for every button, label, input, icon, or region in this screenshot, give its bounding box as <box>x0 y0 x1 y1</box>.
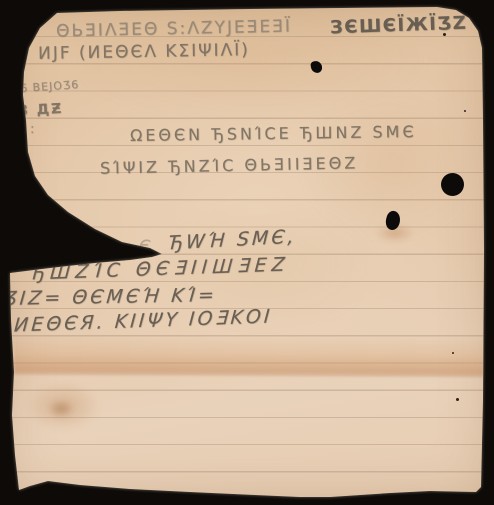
torn-note-paper: ΘЬƎΙΛƎΕΘ Ѕ:ΛΖΥЈΕƎΕƎЇ ЗЄШЄЇЖЇƷΖ ИЈF (ИΕΘЄ… <box>0 0 494 505</box>
stain-band-crease <box>14 335 484 377</box>
speck-right-lower1 <box>452 352 454 354</box>
speck-top-right <box>443 33 446 36</box>
handwritten-margin-note2: 8 ДƵ <box>18 101 64 119</box>
paper-shadow-wrap: ΘЬƎΙΛƎΕΘ Ѕ:ΛΖΥЈΕƎΕƎЇ ЗЄШЄЇЖЇƷΖ ИЈF (ИΕΘЄ… <box>0 0 494 505</box>
handwritten-paragraph1-line1: ΩΕΘЄΝ ЂЅΝΊCΕ ЂШΝΖ ЅΜЄ <box>130 122 417 145</box>
photograph-of-note: ΘЬƎΙΛƎΕΘ Ѕ:ΛΖΥЈΕƎΕƎЇ ЗЄШЄЇЖЇƷΖ ИЈF (ИΕΘЄ… <box>0 0 494 505</box>
speck-right-lower2 <box>456 398 459 401</box>
handwritten-paragraph2-line3: ƷΙΖ= ΘЄΜЄΉ ΚΊ= <box>3 284 218 310</box>
handwritten-paragraph2-torn-char: Є <box>139 236 150 255</box>
handwritten-margin-colon: : <box>30 122 34 137</box>
punched-hole <box>441 173 464 196</box>
handwritten-header-line2: ИЈF (ИΕΘЄΛ ΚΣΙΨΙΛЇ) <box>38 40 250 64</box>
stain-blob-bottom-left-dark <box>48 400 74 418</box>
speck-right-upper <box>464 110 466 112</box>
